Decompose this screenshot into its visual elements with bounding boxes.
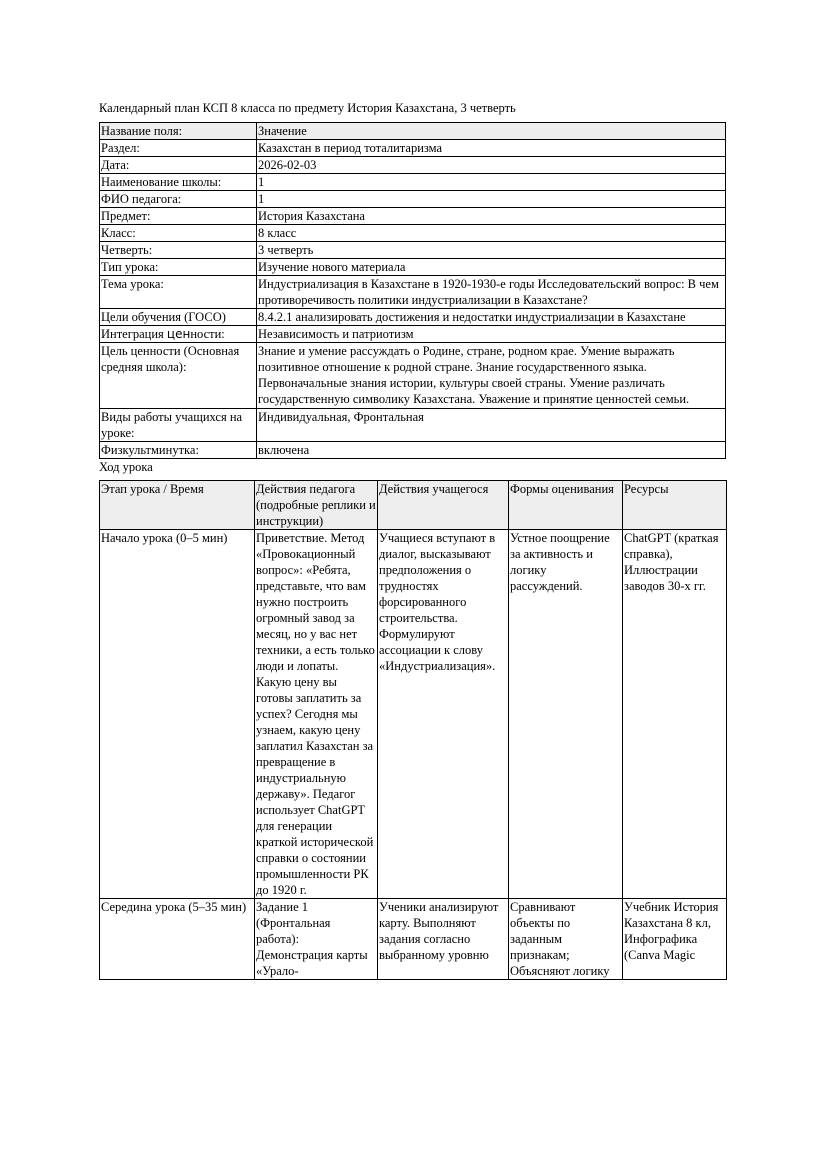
info-field-label: Цель ценности (Основная средняя школа): xyxy=(100,343,257,409)
info-field-value: Изучение нового материала xyxy=(257,259,726,276)
flow-cell-resources: Учебник История Казахстана 8 кл, Инфогра… xyxy=(623,899,727,980)
info-field-value: Знание и умение рассуждать о Родине, стр… xyxy=(257,343,726,409)
info-row-value-integration: Интеграция ценности: Независимость и пат… xyxy=(100,326,726,343)
flow-row-middle: Середина урока (5–35 мин) Задание 1 (Фро… xyxy=(100,899,727,980)
info-field-value: Независимость и патриотизм xyxy=(257,326,726,343)
info-field-label: Предмет: xyxy=(100,208,257,225)
info-row-school: Наименование школы: 1 xyxy=(100,174,726,191)
flow-table-header: Этап урока / Время Действия педагога (по… xyxy=(100,481,727,530)
info-field-label: ФИО педагога: xyxy=(100,191,257,208)
info-row-physical-break: Физкультминутка: включена xyxy=(100,442,726,459)
flow-cell-resources: ChatGPT (краткая справка), Иллюстрации з… xyxy=(623,530,727,899)
info-field-label-part: ности: xyxy=(190,327,224,341)
info-field-value: История Казахстана xyxy=(257,208,726,225)
flow-cell-stage: Начало урока (0–5 мин) xyxy=(100,530,255,899)
info-field-label: Виды работы учащихся на уроке: xyxy=(100,409,257,442)
info-field-label-part: Интеграция xyxy=(101,327,167,341)
info-field-label: Раздел: xyxy=(100,140,257,157)
info-field-label: Дата: xyxy=(100,157,257,174)
flow-cell-teacher: Приветствие. Метод «Провокационный вопро… xyxy=(255,530,378,899)
info-field-value: Индивидуальная, Фронтальная xyxy=(257,409,726,442)
info-field-label: Тема урока: xyxy=(100,276,257,309)
info-field-label: Наименование школы: xyxy=(100,174,257,191)
column-header-resources: Ресурсы xyxy=(623,481,727,530)
info-field-label: Физкультминутка: xyxy=(100,442,257,459)
info-row-quarter: Четверть: 3 четверть xyxy=(100,242,726,259)
document-page: Календарный план КСП 8 класса по предмет… xyxy=(99,100,726,980)
info-field-value: 2026-02-03 xyxy=(257,157,726,174)
info-field-label: Тип урока: xyxy=(100,259,257,276)
lesson-info-table: Название поля: Значение Раздел: Казахста… xyxy=(99,122,726,459)
info-row-work-types: Виды работы учащихся на уроке: Индивидуа… xyxy=(100,409,726,442)
flow-cell-stage: Середина урока (5–35 мин) xyxy=(100,899,255,980)
info-field-value: включена xyxy=(257,442,726,459)
document-title: Календарный план КСП 8 класса по предмет… xyxy=(99,100,726,122)
info-field-label: Четверть: xyxy=(100,242,257,259)
info-field-value: 1 xyxy=(257,191,726,208)
flow-row-start: Начало урока (0–5 мин) Приветствие. Мето… xyxy=(100,530,727,899)
flow-cell-students: Ученики анализируют карту. Выполняют зад… xyxy=(378,899,509,980)
info-table-header: Название поля: Значение xyxy=(100,123,726,140)
info-field-value: 8 класс xyxy=(257,225,726,242)
info-field-value: 1 xyxy=(257,174,726,191)
info-row-teacher: ФИО педагога: 1 xyxy=(100,191,726,208)
info-row-section: Раздел: Казахстан в период тоталитаризма xyxy=(100,140,726,157)
info-field-label: Интеграция ценности: xyxy=(100,326,257,343)
info-row-lesson-type: Тип урока: Изучение нового материала xyxy=(100,259,726,276)
info-field-label: Класс: xyxy=(100,225,257,242)
column-header-teacher-actions: Действия педагога (подробные реплики и и… xyxy=(255,481,378,530)
info-field-value: Индустриализация в Казахстане в 1920-193… xyxy=(257,276,726,309)
info-header-value: Значение xyxy=(257,123,726,140)
info-row-topic: Тема урока: Индустриализация в Казахстан… xyxy=(100,276,726,309)
info-field-value: Казахстан в период тоталитаризма xyxy=(257,140,726,157)
column-header-stage: Этап урока / Время xyxy=(100,481,255,530)
info-row-date: Дата: 2026-02-03 xyxy=(100,157,726,174)
column-header-student-actions: Действия учащегося xyxy=(378,481,509,530)
column-header-assessment: Формы оценивания xyxy=(509,481,623,530)
info-row-learning-goals: Цели обучения (ГОСО) 8.4.2.1 анализирова… xyxy=(100,309,726,326)
lesson-flow-label: Ход урока xyxy=(99,460,726,480)
info-row-subject: Предмет: История Казахстана xyxy=(100,208,726,225)
info-field-value: 8.4.2.1 анализировать достижения и недос… xyxy=(257,309,726,326)
flow-cell-teacher: Задание 1 (Фронтальная работа): Демонстр… xyxy=(255,899,378,980)
info-field-value: 3 четверть xyxy=(257,242,726,259)
lesson-flow-table: Этап урока / Время Действия педагога (по… xyxy=(99,480,727,980)
info-field-label: Цели обучения (ГОСО) xyxy=(100,309,257,326)
flow-cell-assessment: Сравнивают объекты по заданным признакам… xyxy=(509,899,623,980)
info-header-field: Название поля: xyxy=(100,123,257,140)
info-field-label-part: цен xyxy=(167,327,190,341)
info-row-value-goal: Цель ценности (Основная средняя школа): … xyxy=(100,343,726,409)
flow-cell-students: Учащиеся вступают в диалог, высказывают … xyxy=(378,530,509,899)
flow-cell-assessment: Устное поощрение за активность и логику … xyxy=(509,530,623,899)
info-row-grade: Класс: 8 класс xyxy=(100,225,726,242)
